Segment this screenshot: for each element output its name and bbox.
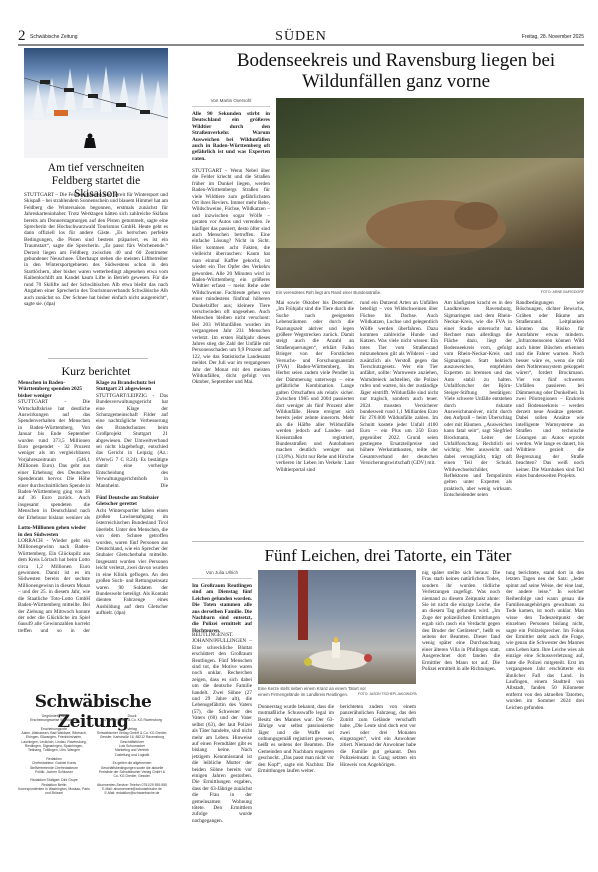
candle-wreath-photo [258, 570, 416, 684]
wild-body-col1: STUTTGART – Wenn Nebel über die Felder k… [192, 168, 270, 428]
article-divider [192, 541, 584, 542]
impressum-line: SV Druck GmbH & Co. KG Ravensburg [96, 718, 168, 722]
wild-lead: Alle 90 Sekunden stirbt in Deutschland e… [192, 111, 270, 162]
dead-deer-photo [276, 98, 584, 288]
news-item-headline: Fünf Deutsche am Stubaier Gletscher gere… [96, 495, 168, 508]
wild-headline: Bodenseekreis und Ravensburg liegen bei … [208, 50, 584, 92]
divider [48, 358, 148, 359]
wild-body-col3: rund ein Dutzend Arten an Unfällen betei… [360, 300, 438, 538]
wild-photo-credit: FOTO: ARNE BURGDORF [541, 290, 584, 296]
news-item-headline: Lotto-Millionen gehen wieder in den Südw… [18, 525, 90, 538]
leichen-lead-column: Von Julia Ullrich Im Großraum Reutlingen… [192, 570, 252, 634]
impressum-left: Gegründet 1945Erscheinungsweise Werktägl… [18, 714, 90, 796]
wild-author: Von Martin Oversohl [192, 98, 270, 107]
news-item-body: Acht Wintersportler haben einen großen L… [96, 508, 168, 636]
newspaper-page: 2 Schwäbische Zeitung SÜDEN Freitag, 28.… [18, 28, 584, 872]
wild-body-col4: Am häufigsten kracht es in den Landkreis… [444, 300, 512, 538]
impressum-right: DruckSV Druck GmbH & Co. KG Ravensburg V… [96, 714, 168, 796]
wild-photo-caption: Ein verendetes Reh liegt am Rand einer B… [276, 290, 381, 296]
leichen-lead: Im Großraum Reutlingen sind am Dienstag … [192, 583, 252, 634]
leichen-body-col1: REUTLINGEN/ST. JOHANN/PFULLINGEN – Eine … [192, 632, 252, 872]
wild-body-col5: Randbedingungen wie Böschungen, dichter … [516, 300, 584, 538]
feldberg-body: STUTTGART – Die Feldbergbahnen sind bere… [24, 192, 168, 342]
leichen-body-col2: Donnerstag wurde bekannt, dass die mutma… [258, 704, 334, 872]
kurz-col-right: Klage zu Brandschutz bei Stuttgart 21 ab… [96, 380, 168, 636]
issue-date: Freitag, 28. November 2025 [522, 34, 584, 40]
leichen-author: Von Julia Ullrich [192, 570, 252, 579]
impressum-line: Schwäbischer Verlag GmbH & Co. KG Drexle… [96, 731, 168, 740]
leichen-photo-credit: FOTO: JASON TSCHEPLJAKOW/DPA [358, 692, 417, 698]
impressum-line: E-Mail: redaktion@schwaebische.de [96, 791, 168, 795]
news-item-headline: Klage zu Brandschutz bei Stuttgart 21 ab… [96, 380, 168, 393]
news-item-headline: Menschen in Baden-Württemberg spenden 20… [18, 380, 90, 399]
kurz-col-left: Menschen in Baden-Württemberg spenden 20… [18, 380, 90, 634]
impressum-line: Aalen, Altshausen, Bad Waldsee, Biberach… [18, 731, 90, 752]
page-header: 2 Schwäbische Zeitung SÜDEN Freitag, 28.… [18, 28, 584, 46]
news-item-body: STUTTGART/LEIPZIG - Das Bundesverwaltung… [96, 393, 168, 489]
section-title: SÜDEN [18, 29, 584, 45]
ski-lift-photo [24, 48, 168, 158]
news-item-body: STUTTGART - Die Wirtschaftskrise hat deu… [18, 399, 90, 519]
leichen-photo-caption: Eine Kerze steht neben einem Kranz an ei… [258, 686, 368, 697]
leichen-body-col3: berichteten zudem von einem panzerähnlic… [340, 704, 416, 872]
wild-body-col2: Mai sowie Oktober bis Dezember. „Im Früh… [276, 300, 354, 538]
wild-lead-column: Von Martin Oversohl Alle 90 Sekunden sti… [192, 98, 270, 162]
news-item-body: LÖRRACH - Wieder geht ein Millionengewin… [18, 538, 90, 634]
kurz-berichtet-title: Kurz berichtet [24, 364, 168, 379]
impressum-line: Es gelten die allgemeinen Geschäftsbedin… [96, 761, 168, 778]
impressum-line: Korrespondenten in Washington, Moskau, P… [18, 787, 90, 796]
leichen-body-col4: nig später stellte sich heraus: Die Frau… [422, 570, 500, 872]
leichen-headline: Fünf Leichen, drei Tatorte, ein Täter [192, 546, 584, 566]
leichen-body-col5: tung berichtete, stand dort in den letzt… [506, 570, 584, 872]
